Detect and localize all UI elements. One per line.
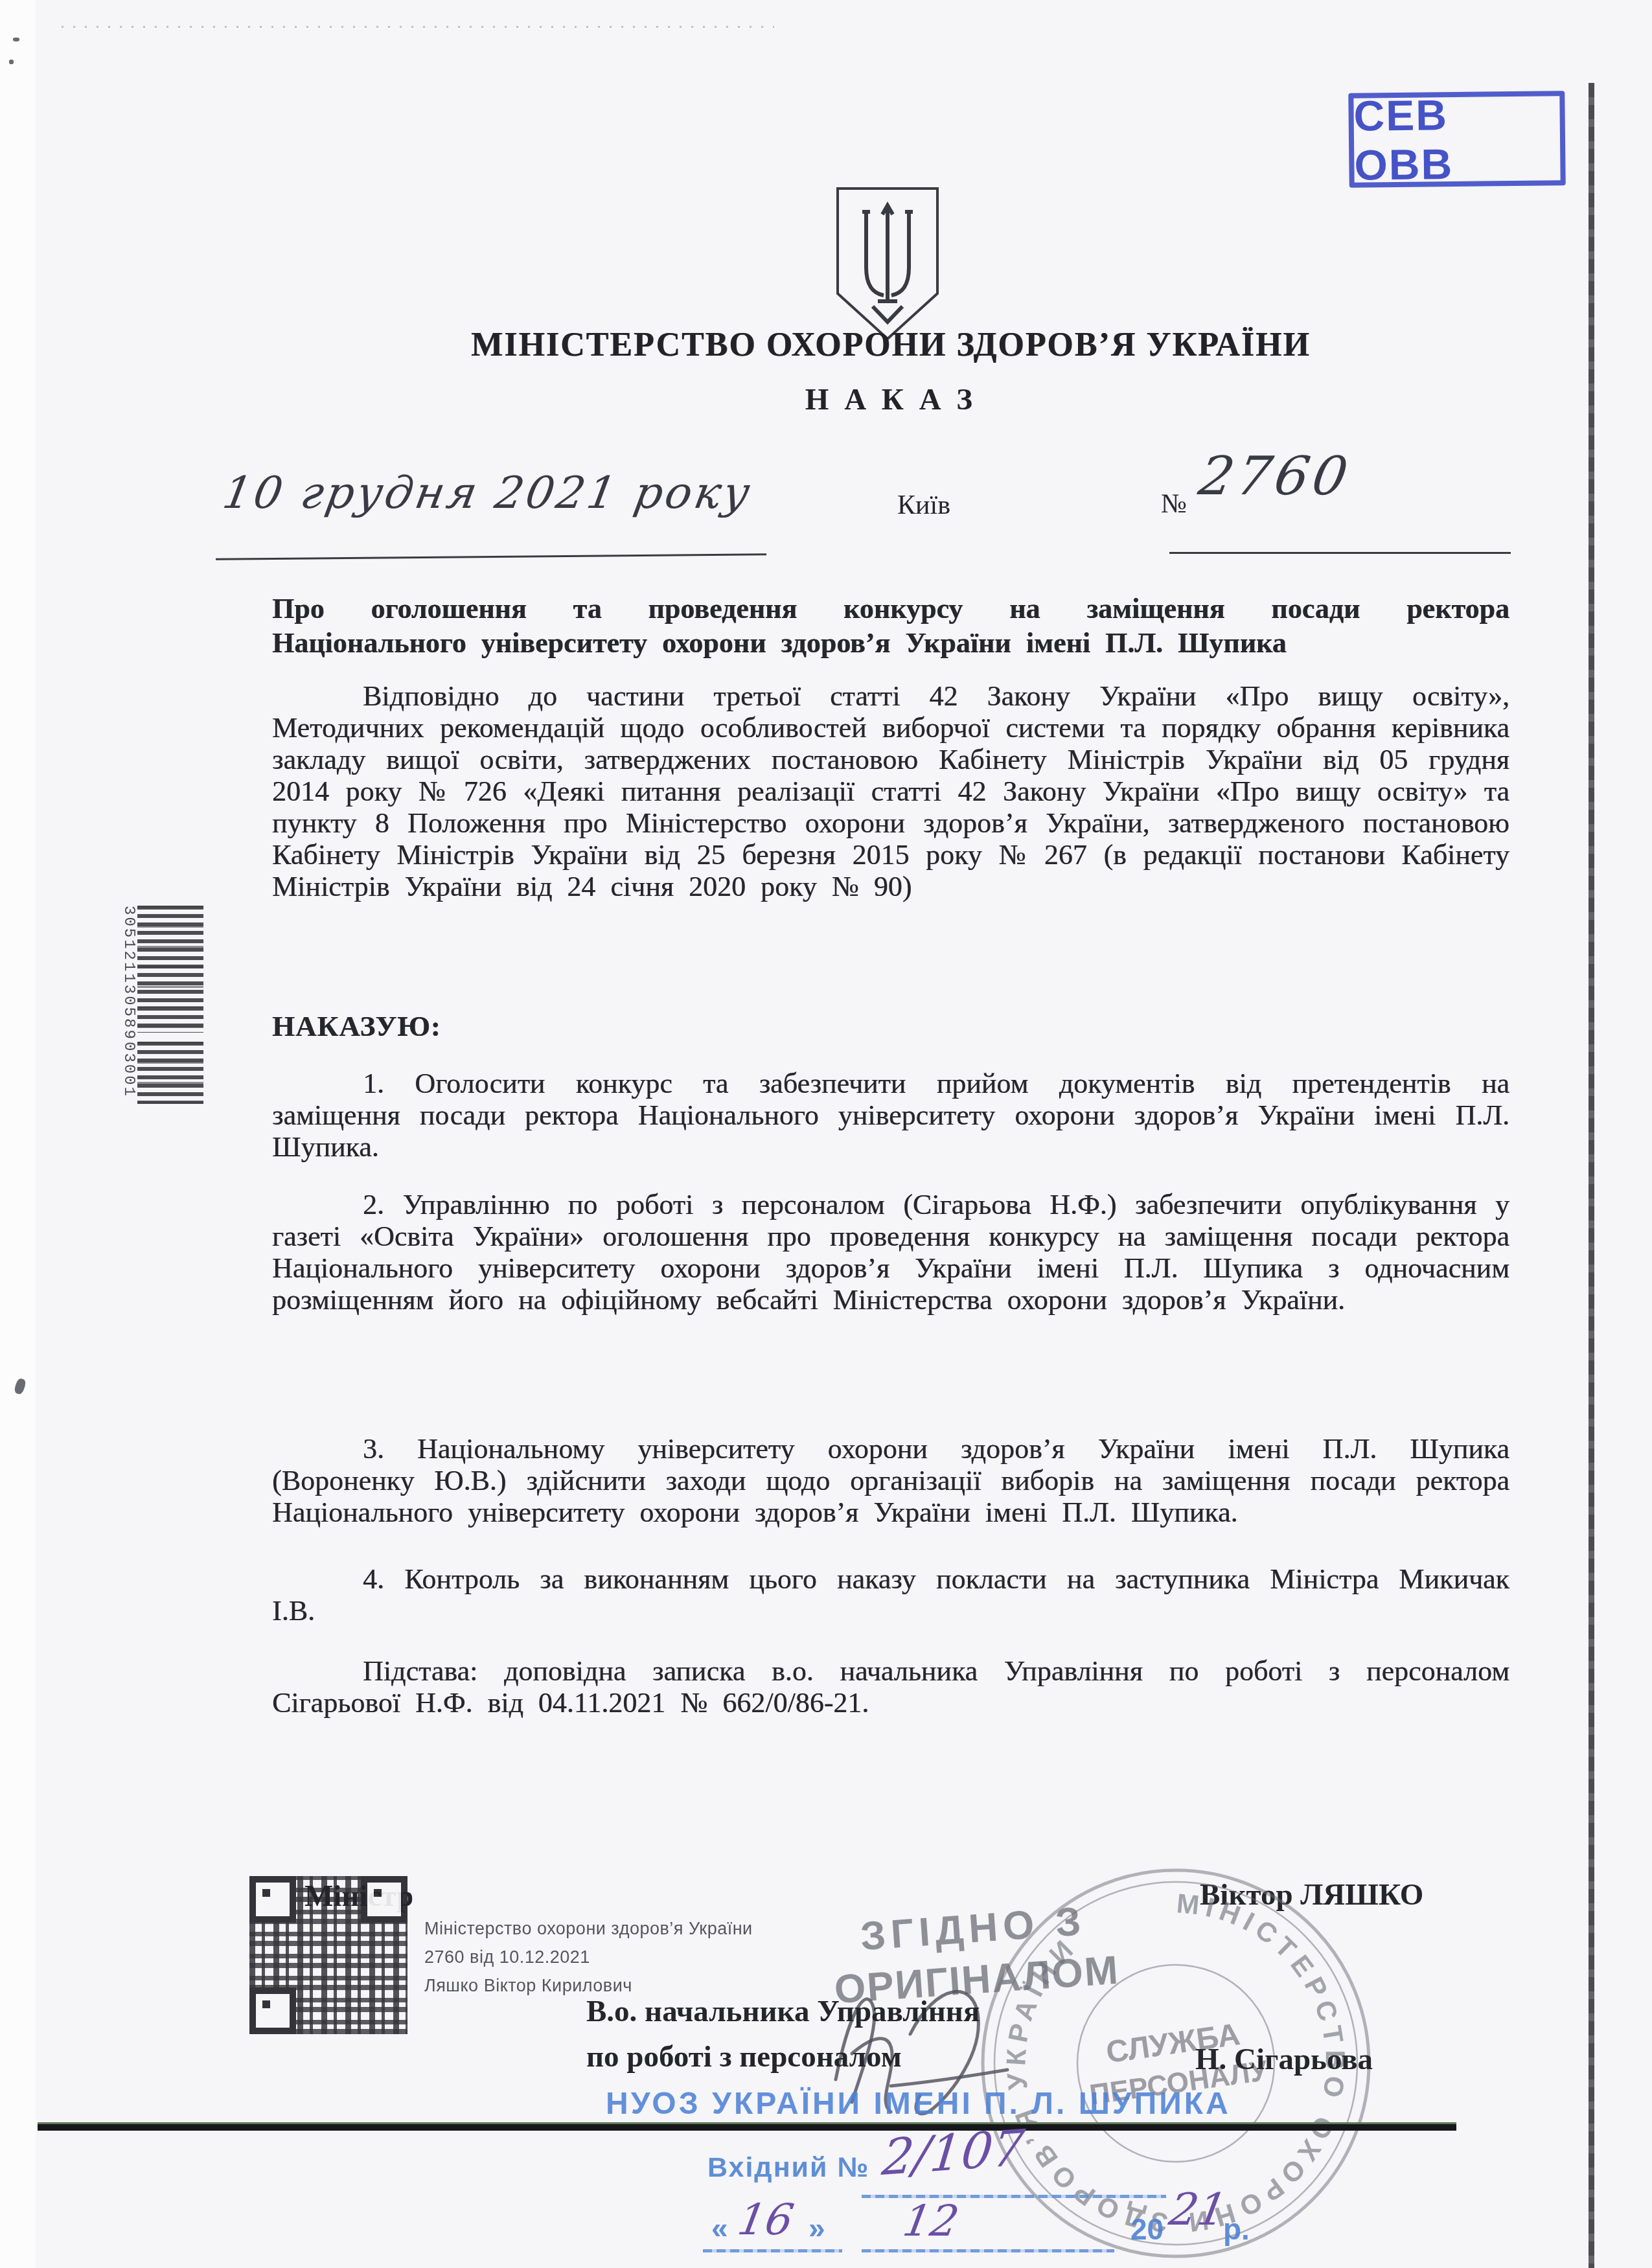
handwritten-date: 10 грудня 2021 року	[219, 468, 756, 519]
handwritten-day: 16	[734, 2195, 797, 2245]
subject-line-1: Про оголошення та проведення конкурсу на…	[272, 593, 1509, 624]
scanner-left-strip	[0, 0, 36, 2268]
handwritten-order-number: 2760	[1195, 446, 1356, 507]
incoming-number-label: Вхідний №	[707, 2152, 869, 2184]
barcode-digits-bottom: 03001	[120, 1042, 137, 1098]
day-quote-close: »	[809, 2210, 825, 2245]
subject-line-2: Національного університету охорони здоро…	[272, 627, 1509, 659]
scan-speck	[13, 38, 19, 41]
ministry-title: МІНІСТЕРСТВО ОХОРОНИ ЗДОРОВ’Я УКРАЇНИ	[272, 326, 1509, 364]
barcode-digits-top: 305121130589	[120, 906, 137, 1041]
qr-caption-line-3: Ляшко Віктор Кирилович	[424, 1976, 632, 1996]
scan-speckle-line	[62, 26, 774, 28]
handwritten-incoming-number: 2/107	[880, 2118, 1027, 2186]
scanned-order-page: СЕВ ОВВ МІНІСТЕРСТВО ОХОРОНИ ЗДОРОВ’Я УК…	[0, 0, 1652, 2268]
basis-paragraph: Підстава: доповідна записка в.о. начальн…	[272, 1655, 1509, 1719]
sev-ovv-stamp: СЕВ ОВВ	[1348, 91, 1566, 187]
scan-fold-line	[1589, 83, 1594, 2268]
university-stamp: НУОЗ УКРАЇНИ ІМЕНІ П. Л. ШУПИКА	[606, 2086, 1357, 2122]
year-prefix: 20	[1130, 2212, 1164, 2247]
number-underline	[1169, 552, 1511, 554]
handwritten-year: 21	[1165, 2184, 1230, 2236]
day-quote-open: «	[711, 2210, 728, 2245]
intro-paragraph: Відповідно до частини третьої статті 42 …	[272, 680, 1509, 902]
barcode-segment-bottom	[137, 1042, 203, 1104]
month-underline	[862, 2249, 1114, 2252]
scan-black-line	[38, 2122, 1456, 2131]
day-underline	[703, 2249, 842, 2252]
city-label: Київ	[897, 490, 950, 521]
qr-finder-top-right	[361, 1876, 407, 1923]
hr-head-title-line-1: В.о. начальника Управління	[586, 1994, 980, 2029]
order-item-4: 4. Контроль за виконанням цього наказу п…	[272, 1563, 1509, 1627]
order-item-1: 1. Оголосити конкурс та забезпечити прий…	[272, 1068, 1509, 1163]
order-item-2: 2. Управлінню по роботі з персоналом (Сі…	[272, 1189, 1509, 1316]
qr-finder-bottom-left	[249, 1987, 296, 2034]
qr-finder-top-left	[249, 1876, 296, 1923]
year-suffix-label: р.	[1223, 2212, 1250, 2247]
hr-head-title-line-2: по роботі з персоналом	[586, 2039, 902, 2074]
qr-caption-line-1: Міністерство охорони здоров’я України	[424, 1919, 753, 1939]
date-underline	[216, 553, 766, 560]
qr-caption-line-2: 2760 від 10.12.2021	[424, 1947, 590, 1967]
scan-speck	[9, 60, 14, 64]
handwritten-month: 12	[899, 2196, 963, 2246]
barcode-segment-top	[137, 906, 203, 1033]
sev-ovv-stamp-text: СЕВ ОВВ	[1353, 89, 1561, 189]
qr-code	[249, 1876, 407, 2034]
order-word: НАКАЗУЮ:	[272, 1011, 1509, 1042]
document-type-title: Н А К А З	[272, 382, 1509, 417]
hr-head-name: Н. Сігарьова	[1195, 2042, 1373, 2077]
order-item-3: 3. Національному університету охорони зд…	[272, 1433, 1509, 1528]
number-label: №	[1161, 488, 1187, 520]
ukraine-trident-emblem	[832, 185, 943, 343]
